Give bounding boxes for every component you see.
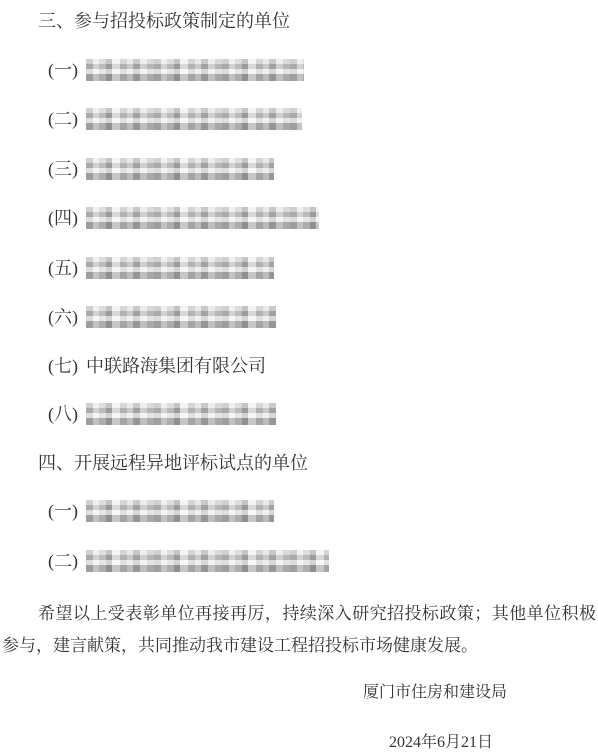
- list-item: (一): [48, 59, 598, 81]
- item-marker: (五): [48, 258, 78, 278]
- list-item: (一): [48, 500, 598, 522]
- company-name: 中联路海集团有限公司: [86, 356, 266, 376]
- section-3-heading: 三、参与招投标政策制定的单位: [38, 11, 598, 31]
- list-item: (八): [48, 403, 598, 425]
- redacted-company-name: [86, 207, 319, 229]
- item-marker: (四): [48, 208, 78, 228]
- redacted-company-name: [86, 306, 276, 328]
- item-marker: (一): [48, 60, 78, 80]
- item-marker: (二): [48, 551, 78, 571]
- document: 三、参与招投标政策制定的单位 (一) (二) (三) (四) (五) (六) (…: [0, 0, 598, 752]
- redacted-company-name: [86, 108, 302, 130]
- item-marker: (八): [48, 404, 78, 424]
- item-marker: (二): [48, 109, 78, 129]
- list-item: (三): [48, 158, 598, 180]
- section-4-heading: 四、开展远程异地评标试点的单位: [38, 453, 598, 473]
- list-item: (七)中联路海集团有限公司: [48, 356, 598, 376]
- date: 2024年6月21日: [0, 734, 598, 752]
- list-item: (四): [48, 207, 598, 229]
- list-item: (二): [48, 108, 598, 130]
- closing-paragraph: 希望以上受表彰单位再接再厉，持续深入研究招投标政策；其他单位积极参与，建言献策，…: [0, 598, 598, 662]
- redacted-company-name: [86, 257, 274, 279]
- item-marker: (七): [48, 356, 78, 376]
- list-item: (二): [48, 550, 598, 572]
- redacted-company-name: [86, 59, 304, 81]
- item-marker: (三): [48, 159, 78, 179]
- redacted-company-name: [86, 403, 276, 425]
- redacted-company-name: [86, 500, 274, 522]
- signature: 厦门市住房和建设局: [0, 684, 598, 702]
- list-item: (五): [48, 257, 598, 279]
- item-marker: (六): [48, 307, 78, 327]
- redacted-company-name: [86, 550, 329, 572]
- redacted-company-name: [86, 158, 274, 180]
- item-marker: (一): [48, 501, 78, 521]
- list-item: (六): [48, 306, 598, 328]
